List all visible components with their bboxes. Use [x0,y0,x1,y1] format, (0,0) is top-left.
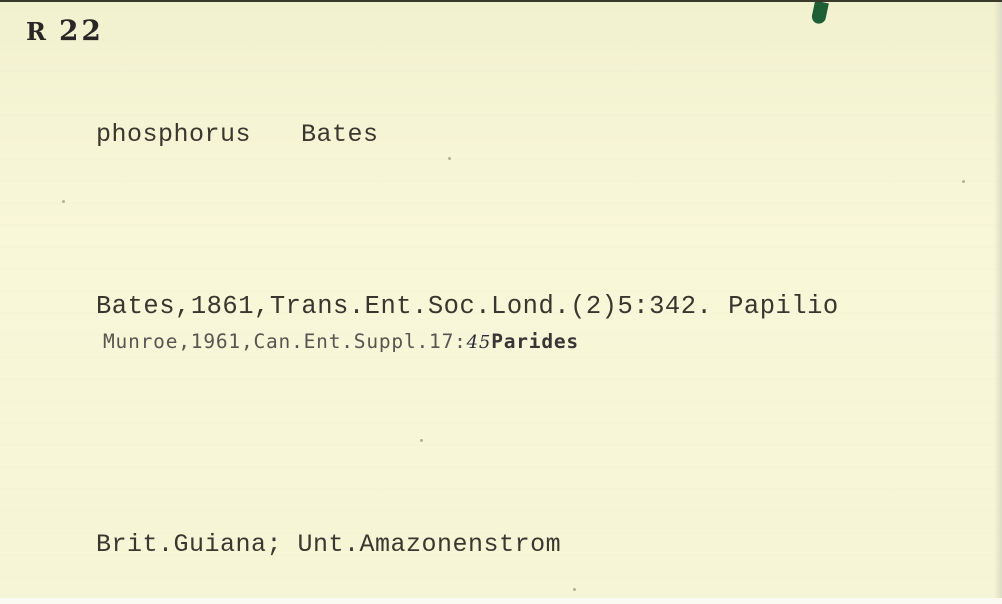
paper-speck [420,439,423,442]
paper-speck [448,157,451,160]
paper-speck [573,588,576,591]
catalog-label: R22 [26,14,104,47]
paper-speck [962,180,965,183]
species-author: Bates [301,120,379,149]
index-card: R22 phosphorusBates Bates,1861,Trans.Ent… [0,0,1002,598]
genus-name: Parides [491,330,579,353]
catalog-number: 22 [59,14,104,47]
paper-speck [62,200,65,203]
secondary-citation-text: Munroe,1961,Can.Ent.Suppl.17: [103,330,467,353]
catalog-letter: R [26,17,49,46]
locality: Brit.Guiana; Unt.Amazonenstrom [96,530,561,559]
card-edge [994,2,1002,598]
species-epithet: phosphorus [96,120,251,149]
original-citation: Bates,1861,Trans.Ent.Soc.Lond.(2)5:342. … [96,292,839,321]
species-name: phosphorusBates [96,120,379,149]
scan-margin [0,598,1002,604]
green-tab-mark [811,1,829,25]
handwritten-page-number: 45 [467,332,492,353]
secondary-citation: Munroe,1961,Can.Ent.Suppl.17:45Parides [103,330,579,353]
